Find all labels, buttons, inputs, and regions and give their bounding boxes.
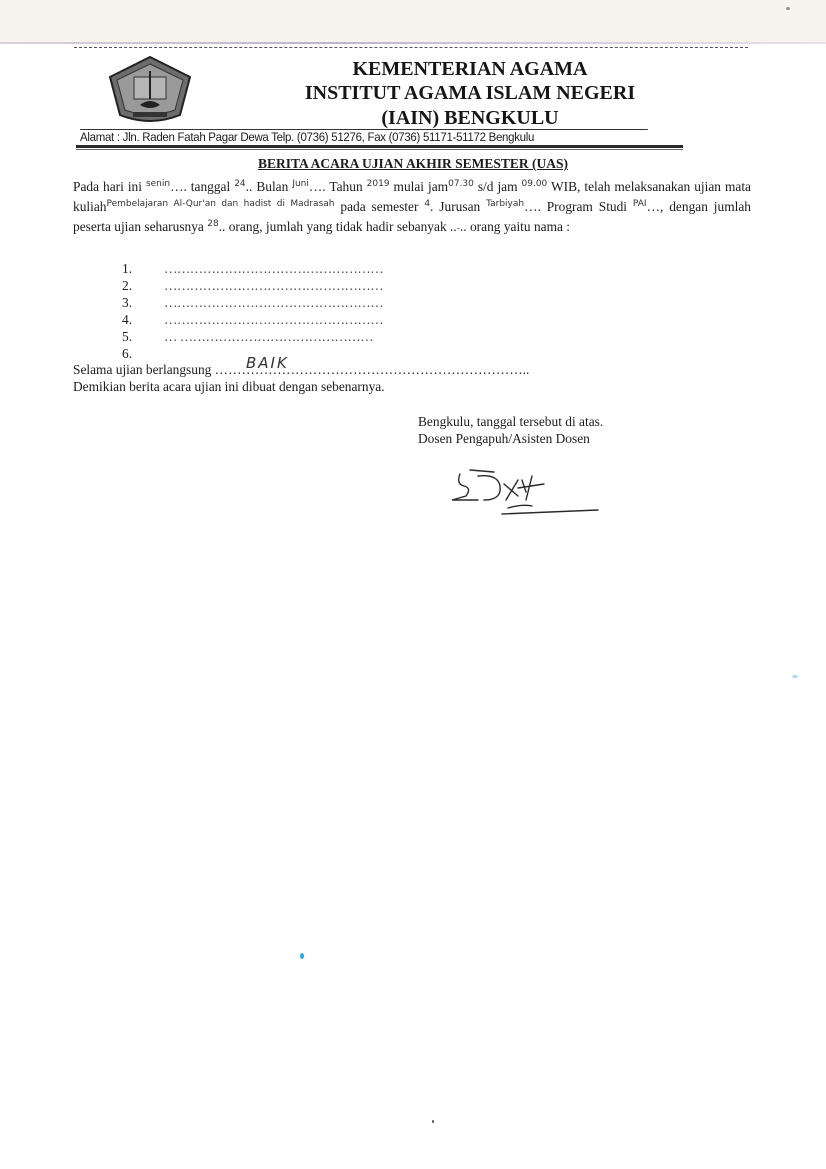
text-segment: Pada hari ini [73,179,146,194]
letterhead: KEMENTERIAN AGAMA INSTITUT AGAMA ISLAM N… [250,57,690,130]
month-field: Juni [292,179,309,189]
list-number: 6. [122,345,164,362]
scan-speck [432,1120,434,1123]
text-segment: .. Bulan [246,179,293,194]
text-segment: .. orang yaitu nama : [460,219,570,234]
end-time-field: 09.00 [522,179,548,189]
absent-name-field: …………………………………………… [164,260,383,277]
text-segment: …. Tahun [309,179,367,194]
scan-background-strip [0,0,826,44]
letterhead-rule-thick [76,145,683,148]
text-segment: . Jurusan [430,199,486,214]
during-exam-line: Selama ujian berlangsung ………………………………………… [73,361,529,378]
during-exam-value: BAIK [246,354,289,372]
study-program-field: PAI [633,199,647,209]
text-segment: mulai jam [390,179,449,194]
text-segment: …. tanggal [170,179,234,194]
list-number: 3. [122,294,164,311]
header-dashed-rule [74,47,748,48]
absent-names-list: 1.…………………………………………… 2.…………………………………………… … [122,260,383,362]
iain-bengkulu-seal-icon [106,55,194,125]
day-field: senin [146,179,170,189]
list-item: 1.…………………………………………… [122,260,383,277]
start-time-field: 07.30 [448,179,474,189]
semester-field: 4 [424,199,430,209]
place-date: Bengkulu, tanggal tersebut di atas. [418,413,603,430]
scan-speck [792,675,798,678]
list-item: 5.… ……………………………………… [122,328,383,345]
absent-name-field: …………………………………………… [164,294,383,311]
absent-name-field: …………………………………………… [164,277,383,294]
signature-block: Bengkulu, tanggal tersebut di atas. Dose… [418,413,603,447]
text-segment: pada semester [334,199,424,214]
list-item: 2.…………………………………………… [122,277,383,294]
absent-name-field: …………………………………………… [164,311,383,328]
list-number: 1. [122,260,164,277]
list-number: 2. [122,277,164,294]
expected-participants-field: 28 [207,219,218,229]
institute-name: INSTITUT AGAMA ISLAM NEGERI [250,81,690,106]
text-segment: …. Program Studi [524,199,633,214]
exam-report-paragraph: Pada hari ini senin…. tanggal 24.. Bulan… [73,178,751,238]
course-field: Pembelajaran Al-Qur'an dan hadist di Mad… [106,199,334,209]
list-item: 4.…………………………………………… [122,311,383,328]
letterhead-rule-thin [76,149,683,150]
date-field: 24 [234,179,245,189]
ministry-name: KEMENTERIAN AGAMA [250,57,690,81]
year-field: 2019 [367,179,390,189]
document-title: BERITA ACARA UJIAN AKHIR SEMESTER (UAS) [0,156,826,172]
text-segment: .. orang, jumlah yang tidak hadir sebany… [219,219,457,234]
closing-statement: Demikian berita acara ujian ini dibuat d… [73,378,385,395]
institute-abbrev: (IAIN) BENGKULU [250,106,690,130]
list-item: 3.…………………………………………… [122,294,383,311]
list-number: 4. [122,311,164,328]
absent-name-field: … ……………………………………… [164,328,373,345]
address-line: Alamat : Jln. Raden Fatah Pagar Dewa Tel… [80,129,648,144]
absent-count-field: - [457,224,460,234]
department-field: Tarbiyah [486,199,524,209]
text-segment: s/d jam [474,179,522,194]
paper-edge [0,42,826,44]
signer-role: Dosen Pengapuh/Asisten Dosen [418,430,603,447]
scan-speck [786,7,790,10]
list-number: 5. [122,328,164,345]
handwritten-signature-icon [448,466,608,518]
scan-speck [300,953,304,959]
